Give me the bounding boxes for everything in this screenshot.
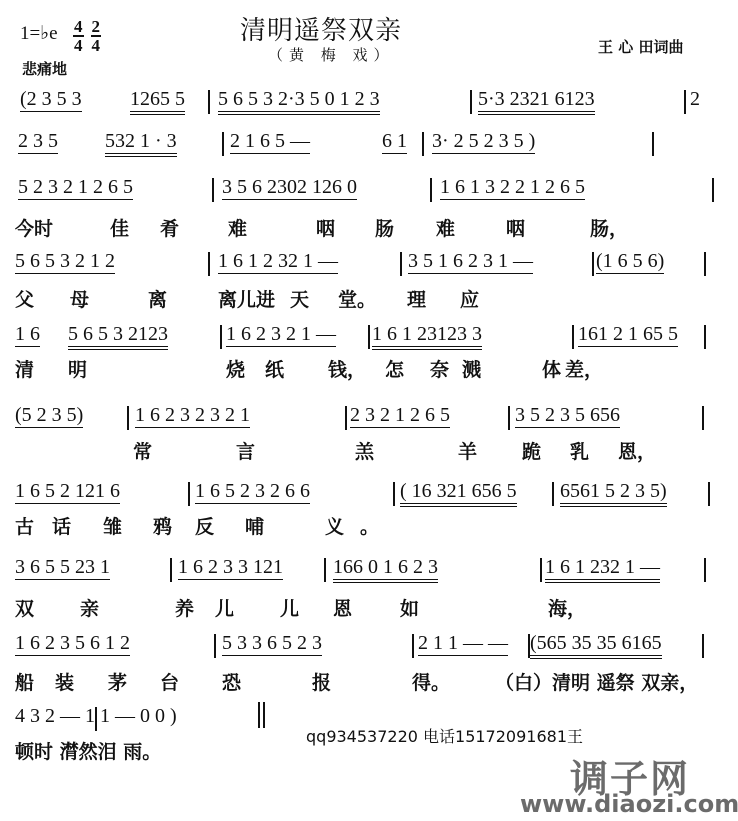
lyric: 义: [325, 512, 344, 539]
time-sig-1: 4 4: [73, 18, 84, 54]
lyric: 钱，: [328, 355, 366, 382]
barline: [188, 482, 190, 506]
lyric: 怎: [385, 355, 404, 382]
tempo-marking: 悲痛地: [22, 58, 67, 79]
lyric: 咽: [316, 214, 335, 241]
barline: [212, 178, 214, 202]
lyric: 父: [15, 285, 34, 312]
lyric: 肴: [160, 214, 179, 241]
lyric: 母: [70, 285, 89, 312]
lyric: 台: [160, 668, 179, 695]
barline: [345, 406, 347, 430]
lyric: 报: [312, 668, 331, 695]
note-group: 1 6: [15, 323, 40, 347]
barline: [704, 325, 706, 349]
lyric: 今时: [15, 214, 53, 241]
key-signature-text: 1=♭e: [20, 23, 58, 44]
lyric: 船: [15, 668, 34, 695]
note-group: 1 6 2 3 2 3 2 1: [135, 404, 250, 428]
note-group: 161 2 1 65 5: [578, 323, 678, 347]
lyric: 常: [133, 437, 152, 464]
barline: [572, 325, 574, 349]
barline: [528, 634, 530, 658]
lyric: 养: [175, 594, 194, 621]
note-group: 1 6 2 3 3 121: [178, 556, 283, 580]
note-group: 2: [690, 88, 700, 111]
barline: [592, 252, 594, 276]
lyric: 溅: [462, 355, 481, 382]
barline: [214, 634, 216, 658]
barline: [412, 634, 414, 658]
note-group: 1 6 2 3 5 6 1 2: [15, 632, 130, 656]
barline: [708, 482, 710, 506]
lyric: 难: [436, 214, 455, 241]
lyric: 离儿进: [218, 285, 275, 312]
note-group: 1 6 1 3 2 2 1 2 6 5: [440, 176, 585, 200]
barline: [95, 707, 97, 731]
note-group: 2 1 6 5 —: [230, 130, 310, 154]
note-group: ( 16 321 656 5: [400, 480, 517, 507]
note-group: 3 6 5 5 23 1: [15, 556, 110, 580]
note-group: 6 1: [382, 130, 407, 154]
lyric: 亲: [80, 594, 99, 621]
barline: [684, 90, 686, 114]
barline: [208, 90, 210, 114]
contact-info: qq934537220 电话15172091681王: [306, 724, 583, 747]
note-group: 5 2 3 2 1 2 6 5: [18, 176, 133, 200]
note-group: 5 3 3 6 5 2 3: [222, 632, 322, 656]
barline: [652, 132, 654, 156]
barline: [552, 482, 554, 506]
barline: [127, 406, 129, 430]
lyric: 佳: [110, 214, 129, 241]
lyric: 雏: [103, 512, 122, 539]
time-signature-4-4: 4 4 2 4: [70, 18, 101, 54]
barline: [220, 325, 222, 349]
key-signature: 1=♭e: [20, 22, 58, 45]
note-group: 3· 2 5 2 3 5 ): [432, 130, 535, 154]
note-group: 532 1 · 3: [105, 130, 177, 157]
lyric: 肠: [375, 214, 394, 241]
barline: [702, 406, 704, 430]
barline: [393, 482, 395, 506]
barline: [324, 558, 326, 582]
lyric: 装: [55, 668, 74, 695]
note-group: 3 5 6 2302 126 0: [222, 176, 357, 200]
subtitle: （黄 梅 戏）: [268, 44, 395, 65]
barline: [712, 178, 714, 202]
barline: [704, 558, 706, 582]
credits: 王 心 田词曲: [598, 36, 683, 57]
note-group: 3 5 2 3 5 656: [515, 404, 620, 428]
barline: [170, 558, 172, 582]
final-double-barline-2: [263, 702, 265, 728]
barline: [704, 252, 706, 276]
lyric: 难: [228, 214, 247, 241]
lyric: 鸦: [153, 512, 172, 539]
lyric: 奈: [430, 355, 449, 382]
note-group: 166 0 1 6 2 3: [333, 556, 438, 583]
lyric: 儿: [215, 594, 234, 621]
note-group: 6561 5 2 3 5): [560, 480, 667, 507]
lyric: 恩: [333, 594, 352, 621]
note-group: 1 6 5 2 121 6: [15, 480, 120, 504]
lyric: 理: [407, 285, 426, 312]
time-sig-1-den: 4: [73, 37, 84, 54]
note-group: 2 3 5: [18, 130, 58, 154]
note-group: (565 35 35 6165: [530, 632, 662, 659]
note-group: 1 6 5 2 3 2 6 6: [195, 480, 310, 504]
time-sig-2: 2 4: [91, 18, 102, 54]
lyric: 恐: [222, 668, 241, 695]
note-group: 5 6 5 3 2·3 5 0 1 2 3: [218, 88, 380, 115]
lyric: 。: [360, 512, 379, 539]
lyric: 话: [52, 512, 71, 539]
time-sig-1-num: 4: [73, 18, 84, 37]
lyric: 言: [236, 437, 255, 464]
barline: [508, 406, 510, 430]
note-group: 1 6 1 2 32 1 —: [218, 250, 338, 274]
note-group: 2 1 1 — —: [418, 632, 508, 656]
lyric: 乳: [570, 437, 589, 464]
lyric: （白）清明 遥祭 双亲，: [495, 668, 698, 695]
lyric: 古: [15, 512, 34, 539]
lyric: 跪: [522, 437, 541, 464]
lyric: 烧: [226, 355, 245, 382]
note-group: (1 6 5 6): [596, 250, 664, 274]
note-group: 1 6 1 232 1 —: [545, 556, 660, 583]
lyric: 儿: [280, 594, 299, 621]
lyric: 哺: [245, 512, 264, 539]
lyric: 肠，: [590, 214, 628, 241]
lyric: 清: [15, 355, 34, 382]
lyric: 羊: [458, 437, 477, 464]
note-group: 1265 5: [130, 88, 185, 115]
lyric: 天: [290, 285, 309, 312]
page-title: 清明遥祭双亲: [240, 10, 402, 47]
lyric: 海，: [548, 594, 586, 621]
note-group: 5·3 2321 6123: [478, 88, 595, 115]
lyric: 咽: [506, 214, 525, 241]
lyric: 恩，: [618, 437, 656, 464]
lyric: 反: [195, 512, 214, 539]
lyric: 茅: [108, 668, 127, 695]
note-group: 1 6 1 23123 3: [372, 323, 482, 350]
barline: [422, 132, 424, 156]
lyric: 羔: [355, 437, 374, 464]
time-sig-2-den: 4: [91, 37, 102, 54]
note-group: 5 6 5 3 2 1 2: [15, 250, 115, 274]
note-group: 1 6 2 3 2 1 —: [226, 323, 336, 347]
lyric: 顿时 潸然泪 雨。: [15, 737, 161, 764]
barline: [208, 252, 210, 276]
barline: [470, 90, 472, 114]
lyric: 明: [68, 355, 87, 382]
note-group: 5 6 5 3 2123: [68, 323, 168, 350]
lyric: 应: [460, 285, 479, 312]
lyric: 差，: [565, 355, 603, 382]
barline: [540, 558, 542, 582]
final-double-barline: [258, 702, 260, 728]
barline: [222, 132, 224, 156]
note-group: (2 3 5 3: [20, 88, 82, 112]
note-group: 3 5 1 6 2 3 1 —: [408, 250, 533, 274]
barline: [702, 634, 704, 658]
lyric: 得。: [412, 668, 450, 695]
barline: [430, 178, 432, 202]
time-sig-2-num: 2: [91, 18, 102, 37]
lyric: 如: [400, 594, 419, 621]
lyric: 双: [15, 594, 34, 621]
note-group: (5 2 3 5): [15, 404, 83, 428]
watermark-url: www.diaozi.com: [520, 790, 738, 818]
note-group: 2 3 2 1 2 6 5: [350, 404, 450, 428]
lyric: 离: [148, 285, 167, 312]
barline: [368, 325, 370, 349]
lyric: 纸: [265, 355, 284, 382]
lyric: 体: [542, 355, 561, 382]
barline: [400, 252, 402, 276]
lyric: 堂。: [338, 285, 376, 312]
